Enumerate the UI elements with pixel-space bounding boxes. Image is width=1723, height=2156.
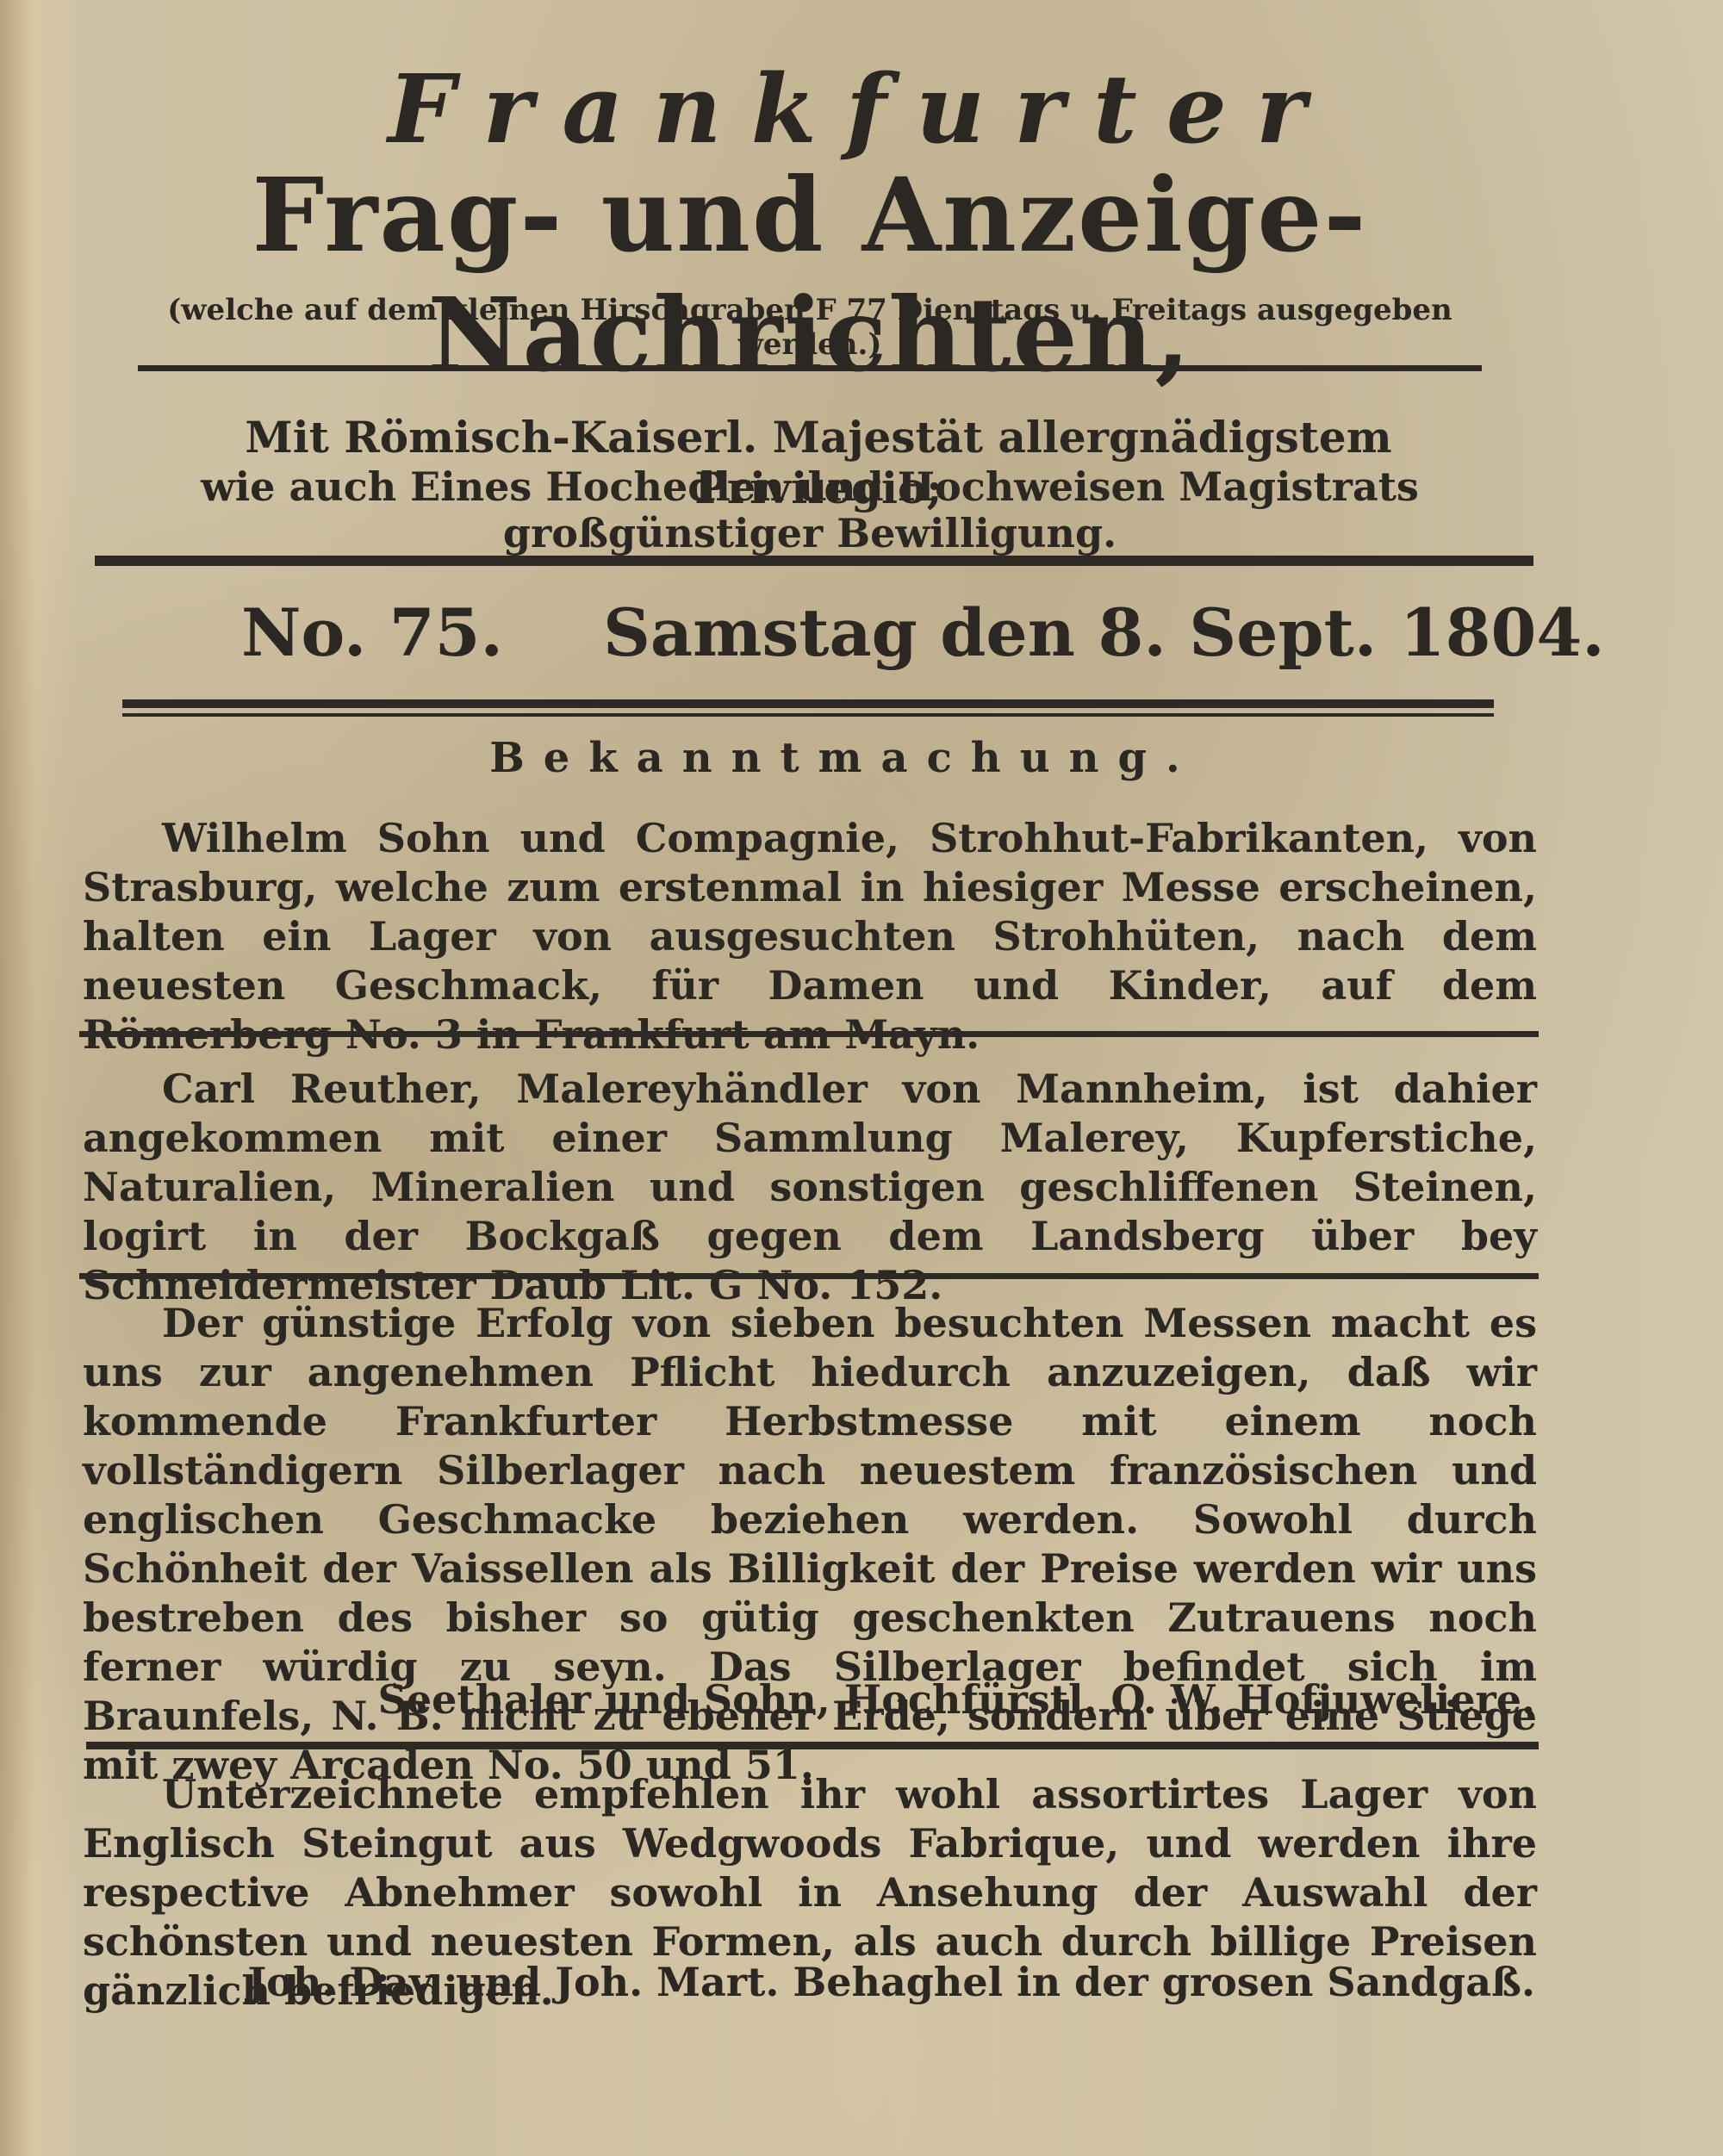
divider-rule [95,556,1533,566]
double-rule-top [122,699,1494,708]
divider-rule [79,1031,1539,1037]
masthead-title-line1: Frankfurter [0,53,1723,165]
divider-rule [86,1742,1539,1749]
divider-rule [79,1273,1539,1279]
double-rule-bottom [122,713,1494,717]
notice-signature: Seethaler und Sohn, Hochfürstl. O. W. Ho… [378,1676,1535,1723]
notice-strohhut: Wilhelm Sohn und Compagnie, Strohhut-Fab… [83,814,1537,1059]
notice-text: Wilhelm Sohn und Compagnie, Strohhut-Fab… [83,814,1537,1059]
notice-signature: Joh. Dav. und Joh. Mart. Behaghel in der… [247,1959,1535,2005]
divider-rule [138,365,1482,371]
newspaper-page: Frankfurter Frag- und Anzeige-Nachrichte… [0,0,1723,2156]
masthead-subtitle: (welche auf dem kleinen Hirschgraben F 7… [103,293,1516,362]
privilege-line-2: wie auch Eines Hochedlen und Hochweisen … [78,463,1542,556]
issue-number: No. 75. [241,594,503,671]
issue-date: Samstag den 8. Sept. 1804. [603,594,1605,671]
section-heading: Bekanntmachung. [0,734,1689,782]
